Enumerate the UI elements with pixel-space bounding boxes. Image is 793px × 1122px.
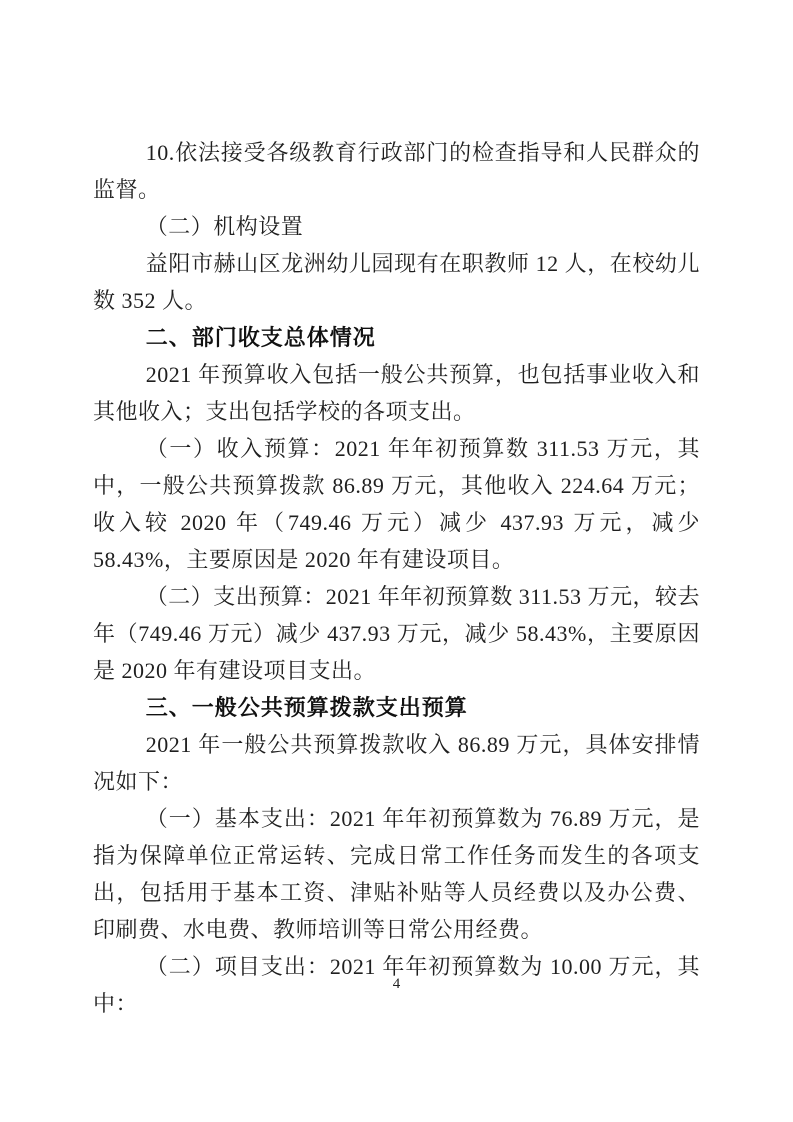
heading-section-3-public-budget-expenditure: 三、一般公共预算拨款支出预算 <box>93 689 700 726</box>
document-body: 10.依法接受各级教育行政部门的检查指导和人民群众的监督。（二）机构设置益阳市赫… <box>93 134 700 1022</box>
para-supervision-duty: 10.依法接受各级教育行政部门的检查指导和人民群众的监督。 <box>93 134 700 208</box>
para-public-budget-income: 2021 年一般公共预算拨款收入 86.89 万元，具体安排情况如下： <box>93 726 700 800</box>
para-basic-expenditure: （一）基本支出：2021 年年初预算数为 76.89 万元，是指为保障单位正常运… <box>93 800 700 948</box>
subheading-org-setup: （二）机构设置 <box>93 208 700 245</box>
heading-section-2-budget-overview: 二、部门收支总体情况 <box>93 319 700 356</box>
para-income-budget: （一）收入预算：2021 年年初预算数 311.53 万元，其中，一般公共预算拨… <box>93 430 700 578</box>
page-number: 4 <box>0 974 793 994</box>
document-page: 10.依法接受各级教育行政部门的检查指导和人民群众的监督。（二）机构设置益阳市赫… <box>0 0 793 1122</box>
para-budget-scope: 2021 年预算收入包括一般公共预算，也包括事业收入和其他收入；支出包括学校的各… <box>93 356 700 430</box>
para-expenditure-budget: （二）支出预算：2021 年年初预算数 311.53 万元，较去年（749.46… <box>93 578 700 689</box>
para-org-info: 益阳市赫山区龙洲幼儿园现有在职教师 12 人，在校幼儿数 352 人。 <box>93 245 700 319</box>
